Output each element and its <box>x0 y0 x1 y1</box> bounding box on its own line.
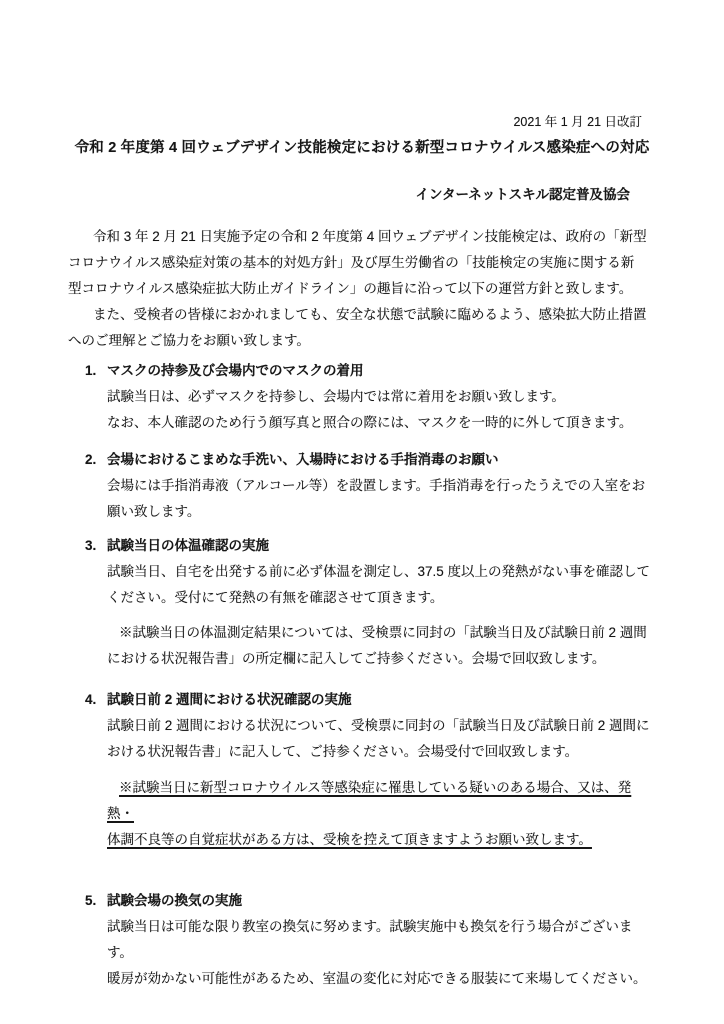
item-body-line: 試験当日、自宅を出発する前に必ず体温を測定し、37.5 度以上の発熱がない事を確… <box>107 559 656 585</box>
list-item-1: 1. マスクの持参及び会場内でのマスクの着用 試験当日は、必ずマスクを持参し、会… <box>68 358 656 436</box>
item-heading: 試験当日の体温確認の実施 <box>107 533 656 559</box>
item-note-warning: ※試験当日に新型コロナウイルス等感染症に罹患している疑いのある場合、又は、発熱・… <box>107 775 656 853</box>
list-item-2: 2. 会場におけるこまめな手洗い、入場時における手指消毒のお願い 会場には手指消… <box>68 447 656 525</box>
list-item-4: 4. 試験日前 2 週間における状況確認の実施 試験日前 2 週間における状況に… <box>68 687 656 853</box>
item-heading: マスクの持参及び会場内でのマスクの着用 <box>107 358 656 384</box>
intro-paragraph-line: へのご理解とご協力をお願い致します。 <box>68 328 656 354</box>
page-title: 令和 2 年度第 4 回ウェブデザイン技能検定における新型コロナウイルス感染症へ… <box>68 136 656 160</box>
intro-paragraph-line: コロナウイルス感染症対策の基本的対処方針」及び厚生労働省の「技能検定の実施に関す… <box>68 250 656 276</box>
document-page: 2021 年 1 月 21 日改訂 令和 2 年度第 4 回ウェブデザイン技能検… <box>0 0 724 1024</box>
measures-list: 1. マスクの持参及び会場内でのマスクの着用 試験当日は、必ずマスクを持参し、会… <box>68 358 656 992</box>
item-number: 4. <box>85 687 96 713</box>
item-heading: 試験会場の換気の実施 <box>107 888 656 914</box>
item-body-line: 暖房が効かない可能性があるため、室温の変化に対応できる服装にて来場してください。 <box>107 966 656 992</box>
organization-name: インターネットスキル認定普及協会 <box>68 182 656 208</box>
list-item-5: 5. 試験会場の換気の実施 試験当日は可能な限り教室の換気に努めます。試験実施中… <box>68 888 656 992</box>
intro-paragraph-line: また、受検者の皆様におかれましても、安全な状態で試験に臨めるよう、感染拡大防止措… <box>68 302 656 328</box>
item-body-line: 試験当日は可能な限り教室の換気に努めます。試験実施中も換気を行う場合がございます… <box>107 914 656 966</box>
item-body-line: 試験当日は、必ずマスクを持参し、会場内では常に着用をお願い致します。 <box>107 384 656 410</box>
item-note-line: ※試験当日の体温測定結果については、受検票に同封の「試験当日及び試験日前 2 週… <box>107 620 656 646</box>
item-note-line: 体調不良等の自覚症状がある方は、受検を控えて頂きますようお願い致します。 <box>107 827 656 853</box>
list-item-3: 3. 試験当日の体温確認の実施 試験当日、自宅を出発する前に必ず体温を測定し、3… <box>68 533 656 672</box>
item-body-line: 試験日前 2 週間における状況について、受検票に同封の「試験当日及び試験日前 2… <box>107 713 656 739</box>
item-note: ※試験当日の体温測定結果については、受検票に同封の「試験当日及び試験日前 2 週… <box>107 620 656 672</box>
item-note-line: ※試験当日に新型コロナウイルス等感染症に罹患している疑いのある場合、又は、発熱・ <box>107 775 656 827</box>
item-number: 5. <box>85 888 96 914</box>
item-number: 3. <box>85 533 96 559</box>
item-body-line: 会場には手指消毒液（アルコール等）を設置します。手指消毒を行ったうえでの入室をお <box>107 473 656 499</box>
revision-date: 2021 年 1 月 21 日改訂 <box>68 112 656 132</box>
document-content: 2021 年 1 月 21 日改訂 令和 2 年度第 4 回ウェブデザイン技能検… <box>0 0 724 992</box>
item-number: 2. <box>85 447 96 473</box>
intro-section: 令和 3 年 2 月 21 日実施予定の令和 2 年度第 4 回ウェブデザイン技… <box>68 224 656 354</box>
item-body-line: なお、本人確認のため行う顔写真と照合の際には、マスクを一時的に外して頂きます。 <box>107 410 656 436</box>
intro-paragraph-line: 令和 3 年 2 月 21 日実施予定の令和 2 年度第 4 回ウェブデザイン技… <box>68 224 656 250</box>
item-body-line: おける状況報告書」に記入して、ご持参ください。会場受付で回収致します。 <box>107 739 656 765</box>
item-note-line: における状況報告書」の所定欄に記入してご持参ください。会場で回収致します。 <box>107 646 656 672</box>
item-body-line: ください。受付にて発熱の有無を確認させて頂きます。 <box>107 585 656 611</box>
item-heading: 試験日前 2 週間における状況確認の実施 <box>107 687 656 713</box>
item-number: 1. <box>85 358 96 384</box>
intro-paragraph-line: 型コロナウイルス感染症拡大防止ガイドライン」の趣旨に沿って以下の運営方針と致しま… <box>68 276 656 302</box>
item-heading: 会場におけるこまめな手洗い、入場時における手指消毒のお願い <box>107 447 656 473</box>
item-body-line: 願い致します。 <box>107 499 656 525</box>
